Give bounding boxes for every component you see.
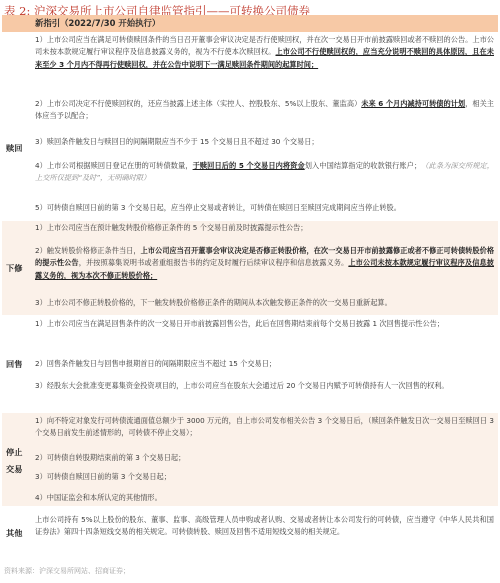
item-text: 1）向不特定对象发行可转债流通面值总额少于 3000 万元的，自上市公司发布相关… xyxy=(35,416,494,437)
section-label-line: 停止 xyxy=(6,445,32,459)
item-emphasis: 于赎回日后的 5 个交易日内将资金 xyxy=(193,161,305,170)
section-label: 下修 xyxy=(6,261,32,275)
list-item: 1）上市公司应当在预计触发转股价格修正条件的 5 个交易日前及时披露提示性公告； xyxy=(35,222,494,234)
list-item: 1）向不特定对象发行可转债流通面值总额少于 3000 万元的，自上市公司发布相关… xyxy=(35,415,494,440)
item-text: 2）可转债自转股期结束前的第 3 个交易日起； xyxy=(35,453,185,462)
item-text: 3）赎回条件触发日与赎回日的间隔期限应当不少于 15 个交易日且不超过 30 个… xyxy=(35,137,319,146)
item-text: 3）上市公司不修正转股价格的，下一触发转股价格修正条件的期间从本次触发修正条件的… xyxy=(35,298,392,307)
section-downward-revision: 下修 1）上市公司应当在预计触发转股价格修正条件的 5 个交易日前及时披露提示性… xyxy=(2,221,498,315)
item-emphasis: 未来 6 个月内减持可转债的计划 xyxy=(361,99,465,108)
list-item: 5）可转债自赎回日前的第 3 个交易日起，应当停止交易或者转让，可转债在赎回日至… xyxy=(35,202,494,214)
list-item: 2）上市公司决定不行使赎回权的，还应当披露上述主体（实控人、控股股东、5%以上股… xyxy=(35,98,494,123)
item-text: 3）经股东大会批准变更募集资金投资项目的，上市公司应当在股东大会通过后 20 个… xyxy=(35,381,449,390)
section-label: 其他 xyxy=(6,526,32,540)
source-note: 资料来源：沪深交易所网站、招商证券； xyxy=(4,566,130,576)
item-text: 划入中国结算指定的收款银行账户； xyxy=(305,161,421,170)
list-item: 2）回售条件触发日与回售申报期首日的间隔期限应当不超过 15 个交易日； xyxy=(35,358,494,370)
section-label: 回售 xyxy=(6,357,32,371)
section-put-back: 回售 1）上市公司应当在满足回售条件的次一交易日开市前披露回售公告，此后在回售期… xyxy=(2,315,498,413)
table-header-row: 新指引（2022/7/30 开始执行） xyxy=(2,15,498,32)
item-text: 4）中国证监会和本所认定的其他情形。 xyxy=(35,493,162,502)
item-text: 2）触发转股价格修正条件当日， xyxy=(35,246,141,255)
list-item: 4）上市公司根据赎回日登记在册的可转债数量，于赎回日后的 5 个交易日内将资金划… xyxy=(35,160,494,185)
list-item: 1）上市公司应当在满足可转债赎回条件的当日召开董事会审议决定是否行使赎回权，并在… xyxy=(35,34,494,71)
section-other: 其他 上市公司持有 5%以上股份的股东、董事、监事、高级管理人员申购或者认购、交… xyxy=(2,506,498,556)
header-label: 新指引（2022/7/30 开始执行） xyxy=(35,15,160,32)
item-text: ，并按照募集说明书或者重组报告书的约定及时履行后续审议程序和信息披露义务。 xyxy=(79,258,349,267)
list-item: 上市公司持有 5%以上股份的股东、董事、监事、高级管理人员申购或者认购、交易或者… xyxy=(35,514,494,539)
section-label: 赎回 xyxy=(6,141,32,155)
list-item: 3）经股东大会批准变更募集资金投资项目的，上市公司应当在股东大会通过后 20 个… xyxy=(35,380,494,392)
section-redemption: 赎回 1）上市公司应当在满足可转债赎回条件的当日召开董事会审议决定是否行使赎回权… xyxy=(2,32,498,221)
item-text: 1）上市公司应当在预计触发转股价格修正条件的 5 个交易日前及时披露提示性公告； xyxy=(35,223,307,232)
item-text: 2）回售条件触发日与回售申报期首日的间隔期限应当不超过 15 个交易日； xyxy=(35,359,276,368)
list-item: 4）中国证监会和本所认定的其他情形。 xyxy=(35,492,494,504)
item-text: 3）可转债自赎回日前的第 3 个交易日起； xyxy=(35,472,171,481)
item-text: 1）上市公司应当在满足回售条件的次一交易日开市前披露回售公告，此后在回售期结束前… xyxy=(35,319,444,328)
item-text: 5）可转债自赎回日前的第 3 个交易日起，应当停止交易或者转让，可转债在赎回日至… xyxy=(35,203,401,212)
list-item: 2）触发转股价格修正条件当日，上市公司应当召开董事会审议决定是否修正转股价格，在… xyxy=(35,245,494,282)
list-item: 3）可转债自赎回日前的第 3 个交易日起； xyxy=(35,471,494,483)
section-label: 停止 交易 xyxy=(6,445,32,476)
item-text: 2）上市公司决定不行使赎回权的，还应当披露上述主体（实控人、控股股东、5%以上股… xyxy=(35,99,361,108)
item-text: 4）上市公司根据赎回日登记在册的可转债数量， xyxy=(35,161,193,170)
section-label-line: 交易 xyxy=(6,462,32,476)
section-trading-halt: 停止 交易 1）向不特定对象发行可转债流通面值总额少于 3000 万元的，自上市… xyxy=(2,413,498,506)
item-text: 上市公司持有 5%以上股份的股东、董事、监事、高级管理人员申购或者认购、交易或者… xyxy=(35,515,494,536)
list-item: 3）赎回条件触发日与赎回日的间隔期限应当不少于 15 个交易日且不超过 30 个… xyxy=(35,136,494,148)
list-item: 1）上市公司应当在满足回售条件的次一交易日开市前披露回售公告，此后在回售期结束前… xyxy=(35,318,494,330)
list-item: 2）可转债自转股期结束前的第 3 个交易日起； xyxy=(35,452,494,464)
list-item: 3）上市公司不修正转股价格的，下一触发转股价格修正条件的期间从本次触发修正条件的… xyxy=(35,297,494,309)
